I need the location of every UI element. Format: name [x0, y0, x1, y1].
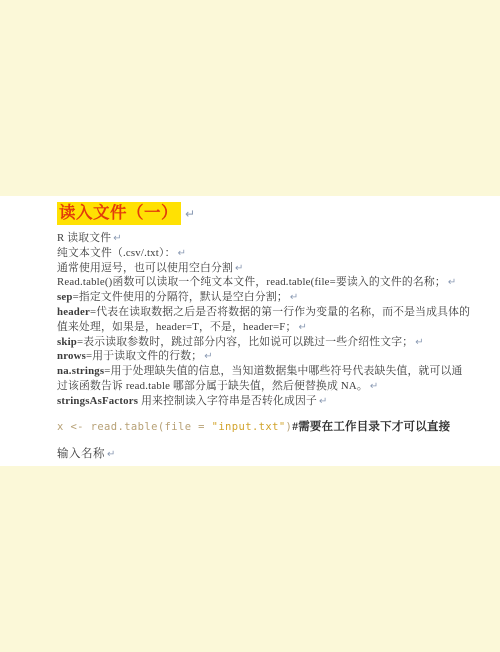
line-text: 值来处理，如果是，header=T，不是，header=F； — [57, 321, 296, 333]
code-continuation-line: 输入名称↵ — [57, 445, 464, 461]
code-line: x <- read.table(file = "input.txt")#需要在工… — [57, 418, 464, 433]
return-mark-icon: ↵ — [448, 277, 457, 288]
line-text: =表示读取参数时，跳过部分内容，比如说可以跳过一些介绍性文字； — [77, 336, 413, 348]
return-mark-icon: ↵ — [235, 263, 244, 274]
body-line: Read.table()函数可以读取一个纯文本文件，read.table(fil… — [57, 275, 464, 290]
return-mark-icon: ↵ — [290, 292, 299, 303]
line-text: 用来控制读入字符串是否转化成因子 — [138, 395, 317, 407]
return-mark-icon: ↵ — [415, 337, 424, 348]
keyword-bold: stringsAsFactors — [57, 395, 138, 407]
body-line: R 读取文件↵ — [57, 231, 464, 246]
line-text: =代表在读取数据之后是否将数据的第一行作为变量的名称，而不是当成具体的 — [90, 306, 470, 318]
line-text: 纯文本文件（.csv/.txt）： — [57, 247, 176, 259]
return-mark-icon: ↵ — [319, 396, 328, 407]
body-line: 值来处理，如果是，header=T，不是，header=F；↵ — [57, 320, 464, 335]
document-title-line: 读入文件（一）↵ — [57, 202, 464, 227]
page-title: 读入文件（一） — [57, 202, 181, 225]
code-continuation-text: 输入名称 — [57, 448, 105, 460]
code-segment-string: "input.txt" — [212, 421, 286, 433]
keyword-bold: header — [57, 306, 90, 318]
body-line: skip=表示读取参数时，跳过部分内容，比如说可以跳过一些介绍性文字；↵ — [57, 335, 464, 350]
return-mark-icon: ↵ — [204, 351, 213, 362]
line-text: 通常使用逗号，也可以使用空白分割 — [57, 262, 233, 274]
line-text: =用于读取文件的行数； — [86, 350, 202, 362]
line-text: =指定文件使用的分隔符，默认是空白分割； — [73, 291, 288, 303]
keyword-bold: nrows — [57, 350, 86, 362]
body-line: stringsAsFactors 用来控制读入字符串是否转化成因子↵ — [57, 394, 464, 409]
code-segment-comment: #需要在工作目录下才可以直接 — [292, 421, 450, 433]
body-line: header=代表在读取数据之后是否将数据的第一行作为变量的名称，而不是当成具体… — [57, 305, 464, 320]
document-body: R 读取文件↵纯文本文件（.csv/.txt）：↵通常使用逗号，也可以使用空白分… — [57, 231, 464, 409]
return-mark-icon: ↵ — [178, 248, 187, 259]
body-line: 过该函数告诉 read.table 哪部分属于缺失值，然后便替换成 NA。↵ — [57, 379, 464, 394]
return-mark-icon: ↵ — [298, 322, 307, 333]
return-mark-icon: ↵ — [107, 449, 116, 460]
line-text: Read.table()函数可以读取一个纯文本文件，read.table(fil… — [57, 276, 446, 288]
line-text: =用于处理缺失值的信息，当知道数据集中哪些符号代表缺失值，就可以通 — [104, 365, 462, 377]
body-line: sep=指定文件使用的分隔符，默认是空白分割；↵ — [57, 290, 464, 305]
return-mark-icon: ↵ — [185, 207, 195, 221]
return-mark-icon: ↵ — [370, 381, 379, 392]
body-line: na.strings=用于处理缺失值的信息，当知道数据集中哪些符号代表缺失值，就… — [57, 364, 464, 379]
return-mark-icon: ↵ — [113, 233, 122, 244]
body-line: nrows=用于读取文件的行数；↵ — [57, 349, 464, 364]
body-line: 通常使用逗号，也可以使用空白分割↵ — [57, 261, 464, 276]
code-segment-code: x <- read.table(file = — [57, 421, 212, 433]
body-line: 纯文本文件（.csv/.txt）：↵ — [57, 246, 464, 261]
keyword-bold: na.strings — [57, 365, 104, 377]
line-text: 过该函数告诉 read.table 哪部分属于缺失值，然后便替换成 NA。 — [57, 380, 368, 392]
page-background: 读入文件（一）↵ R 读取文件↵纯文本文件（.csv/.txt）：↵通常使用逗号… — [0, 0, 500, 652]
keyword-bold: skip — [57, 336, 77, 348]
document-sheet: 读入文件（一）↵ R 读取文件↵纯文本文件（.csv/.txt）：↵通常使用逗号… — [0, 196, 500, 466]
line-text: R 读取文件 — [57, 232, 111, 244]
keyword-bold: sep — [57, 291, 73, 303]
